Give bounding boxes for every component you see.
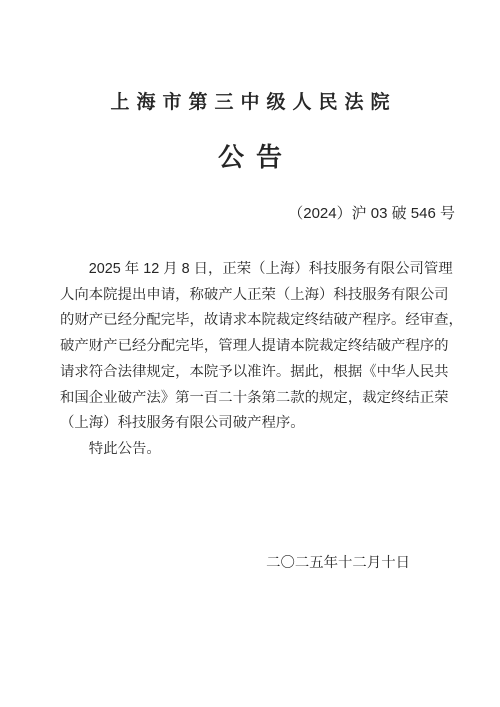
body-line: 和国企业破产法》第一百二十条第二款的规定，裁定终结正荣	[60, 386, 480, 412]
body-line: 2025 年 12 月 8 日，正荣（上海）科技服务有限公司管理	[60, 257, 480, 283]
body-line: （上海）科技服务有限公司破产程序。	[60, 411, 480, 437]
body-line: 破产财产已经分配完毕，管理人提请本院裁定终结破产程序的	[60, 334, 480, 360]
body-line: 人向本院提出申请，称破产人正荣（上海）科技服务有限公司	[60, 283, 480, 309]
court-announcement-document: 上海市第三中级人民法院 公告 （2024）沪 03 破 546 号 2025 年…	[0, 0, 500, 707]
case-number: （2024）沪 03 破 546 号	[0, 206, 500, 221]
announcement-body: 2025 年 12 月 8 日，正荣（上海）科技服务有限公司管理 人向本院提出申…	[0, 257, 500, 463]
announcement-date: 二〇二五年十二月十日	[0, 555, 500, 572]
announcement-title: 公告	[0, 144, 500, 170]
court-name-heading: 上海市第三中级人民法院	[0, 92, 500, 113]
body-line: 的财产已经分配完毕，故请求本院裁定终结破产程序。经审查，	[60, 308, 480, 334]
body-line: 请求符合法律规定，本院予以准许。据此，根据《中华人民共	[60, 360, 480, 386]
closing-statement: 特此公告。	[60, 437, 480, 463]
